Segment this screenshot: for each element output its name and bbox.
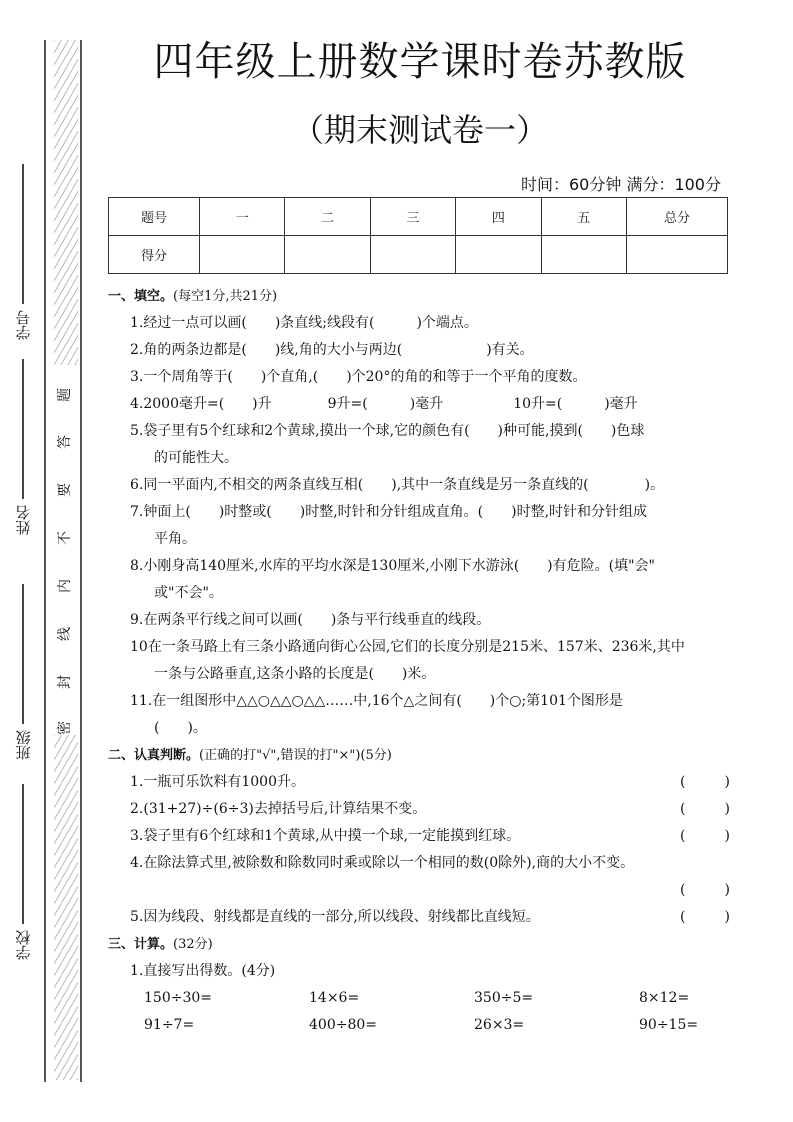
score-header-cell: 一 <box>200 198 285 236</box>
score-header-cell: 四 <box>456 198 541 236</box>
section-1-heading: 一、填空。(每空1分,共21分) <box>108 283 730 310</box>
student-no-line <box>22 164 24 304</box>
answer-blank[interactable]: () <box>680 769 730 796</box>
question-item-cont: 或"不会"。 <box>108 580 730 607</box>
question-item: 5.袋子里有5个红球和2个黄球,摸出一个球,它的颜色有( )种可能,摸到( )色… <box>108 418 730 445</box>
page-subtitle: （期末测试卷一） <box>100 105 740 151</box>
question-item: 9.在两条平行线之间可以画( )条与平行线垂直的线段。 <box>108 607 730 634</box>
score-table: 题号 一 二 三 四 五 总分 得分 <box>108 197 728 274</box>
calc-item: 26×3= <box>474 1012 639 1039</box>
class-field[interactable]: 班级 <box>8 570 38 760</box>
question-item-cont: 的可能性大。 <box>108 445 730 472</box>
judge-item: 1.一瓶可乐饮料有1000升。 () <box>108 769 730 796</box>
score-cell[interactable] <box>456 236 541 274</box>
score-cell[interactable] <box>627 236 728 274</box>
judge-text: 1.一瓶可乐饮料有1000升。 <box>130 769 305 796</box>
school-label: 学校 <box>13 930 34 960</box>
calc-item: 14×6= <box>309 985 474 1012</box>
judge-text: 2.(31+27)÷(6÷3)去掉括号后,计算结果不变。 <box>130 796 426 823</box>
section-3-title: 三、计算。 <box>108 937 173 952</box>
question-item: 3.一个周角等于( )个直角,( )个20°的角的和等于一个平角的度数。 <box>108 364 730 391</box>
exam-meta: 时间：60分钟 满分：100分 <box>521 172 721 195</box>
score-cell[interactable] <box>200 236 285 274</box>
question-item: 11.在一组图形中△△○△△○△△……中,16个△之间有( )个○;第101个图… <box>108 688 730 715</box>
section-3-heading: 三、计算。(32分) <box>108 931 730 958</box>
calc-item: 8×12= <box>639 985 739 1012</box>
score-table-score-row: 得分 <box>109 236 728 274</box>
section-1-title: 一、填空。 <box>108 289 173 304</box>
margin-line-right <box>80 40 82 1082</box>
student-no-label: 学号 <box>13 310 34 340</box>
school-field[interactable]: 学校 <box>8 770 38 960</box>
calc-item: 91÷7= <box>144 1012 309 1039</box>
score-header-cell: 五 <box>541 198 626 236</box>
seal-char: 内 <box>54 576 74 596</box>
calc-item: 90÷15= <box>639 1012 739 1039</box>
judge-text: 3.袋子里有6个红球和1个黄球,从中摸一个球,一定能摸到红球。 <box>130 823 520 850</box>
score-cell[interactable] <box>370 236 455 274</box>
exam-content: 一、填空。(每空1分,共21分) 1.经过一点可以画( )条直线;线段有( )个… <box>108 283 730 1039</box>
calc-item: 150÷30= <box>144 985 309 1012</box>
judge-item: 5.因为线段、射线都是直线的一部分,所以线段、射线都比直线短。 () <box>108 904 730 931</box>
margin-line-left <box>44 40 46 1082</box>
score-header-cell: 三 <box>370 198 455 236</box>
score-header-cell: 总分 <box>627 198 728 236</box>
judge-item-answer-row: () <box>108 877 730 904</box>
score-header-cell: 二 <box>285 198 370 236</box>
section-2-title: 二、认真判断。 <box>108 748 199 763</box>
score-header-cell: 题号 <box>109 198 200 236</box>
answer-blank[interactable]: () <box>680 823 730 850</box>
hatch-top <box>54 40 78 365</box>
seal-char: 要 <box>54 480 74 500</box>
sub-question: 1.直接写出得数。(4分) <box>108 958 730 985</box>
name-label: 姓名 <box>13 505 34 535</box>
question-item: 1.经过一点可以画( )条直线;线段有( )个端点。 <box>108 310 730 337</box>
seal-char: 题 <box>54 385 74 405</box>
seal-char: 答 <box>54 432 74 452</box>
school-line <box>22 784 24 924</box>
class-line <box>22 584 24 724</box>
student-no-field[interactable]: 学号 <box>8 150 38 340</box>
judge-item: 2.(31+27)÷(6÷3)去掉括号后,计算结果不变。 () <box>108 796 730 823</box>
seal-char: 不 <box>54 528 74 548</box>
judge-item: 4.在除法算式里,被除数和除数同时乘或除以一个相同的数(0除外),商的大小不变。 <box>108 850 730 877</box>
calc-item: 400÷80= <box>309 1012 474 1039</box>
section-3-note: (32分) <box>173 937 213 952</box>
score-row-label: 得分 <box>109 236 200 274</box>
question-item-cont: 平角。 <box>108 526 730 553</box>
question-item: 10在一条马路上有三条小路通向街心公园,它们的长度分别是215米、157米、23… <box>108 634 730 661</box>
answer-blank[interactable]: () <box>680 904 730 931</box>
seal-char: 封 <box>54 672 74 692</box>
question-item: 8.小刚身高140厘米,水库的平均水深是130厘米,小刚下水游泳( )有危险。(… <box>108 553 730 580</box>
answer-blank[interactable]: () <box>680 796 730 823</box>
score-table-header-row: 题号 一 二 三 四 五 总分 <box>109 198 728 236</box>
calc-grid: 150÷30= 14×6= 350÷5= 8×12= 91÷7= 400÷80=… <box>108 985 730 1039</box>
question-item-cont: ( )。 <box>108 715 730 742</box>
calc-item: 350÷5= <box>474 985 639 1012</box>
score-cell[interactable] <box>285 236 370 274</box>
seal-char: 线 <box>54 624 74 644</box>
question-item-cont: 一条与公路垂直,这条小路的长度是( )米。 <box>108 661 730 688</box>
section-2-note: (正确的打"√",错误的打"×")(5分) <box>199 748 392 763</box>
section-2-heading: 二、认真判断。(正确的打"√",错误的打"×")(5分) <box>108 742 730 769</box>
section-1-note: (每空1分,共21分) <box>173 289 277 304</box>
score-cell[interactable] <box>541 236 626 274</box>
seal-char: 密 <box>54 718 74 738</box>
judge-text: 4.在除法算式里,被除数和除数同时乘或除以一个相同的数(0除外),商的大小不变。 <box>130 850 634 877</box>
name-field[interactable]: 姓名 <box>8 345 38 535</box>
answer-blank[interactable]: () <box>680 877 730 904</box>
page-title: 四年级上册数学课时卷苏教版 <box>100 30 740 87</box>
hatch-bottom <box>54 735 78 1080</box>
question-item: 7.钟面上( )时整或( )时整,时针和分针组成直角。( )时整,时针和分针组成 <box>108 499 730 526</box>
question-item: 6.同一平面内,不相交的两条直线互相( ),其中一条直线是另一条直线的( )。 <box>108 472 730 499</box>
judge-text: 5.因为线段、射线都是直线的一部分,所以线段、射线都比直线短。 <box>130 904 540 931</box>
question-item: 4.2000毫升=( )升 9升=( )毫升 10升=( )毫升 <box>108 391 730 418</box>
class-label: 班级 <box>13 730 34 760</box>
name-line <box>22 359 24 499</box>
judge-item: 3.袋子里有6个红球和1个黄球,从中摸一个球,一定能摸到红球。 () <box>108 823 730 850</box>
question-item: 2.角的两条边都是( )线,角的大小与两边( )有关。 <box>108 337 730 364</box>
